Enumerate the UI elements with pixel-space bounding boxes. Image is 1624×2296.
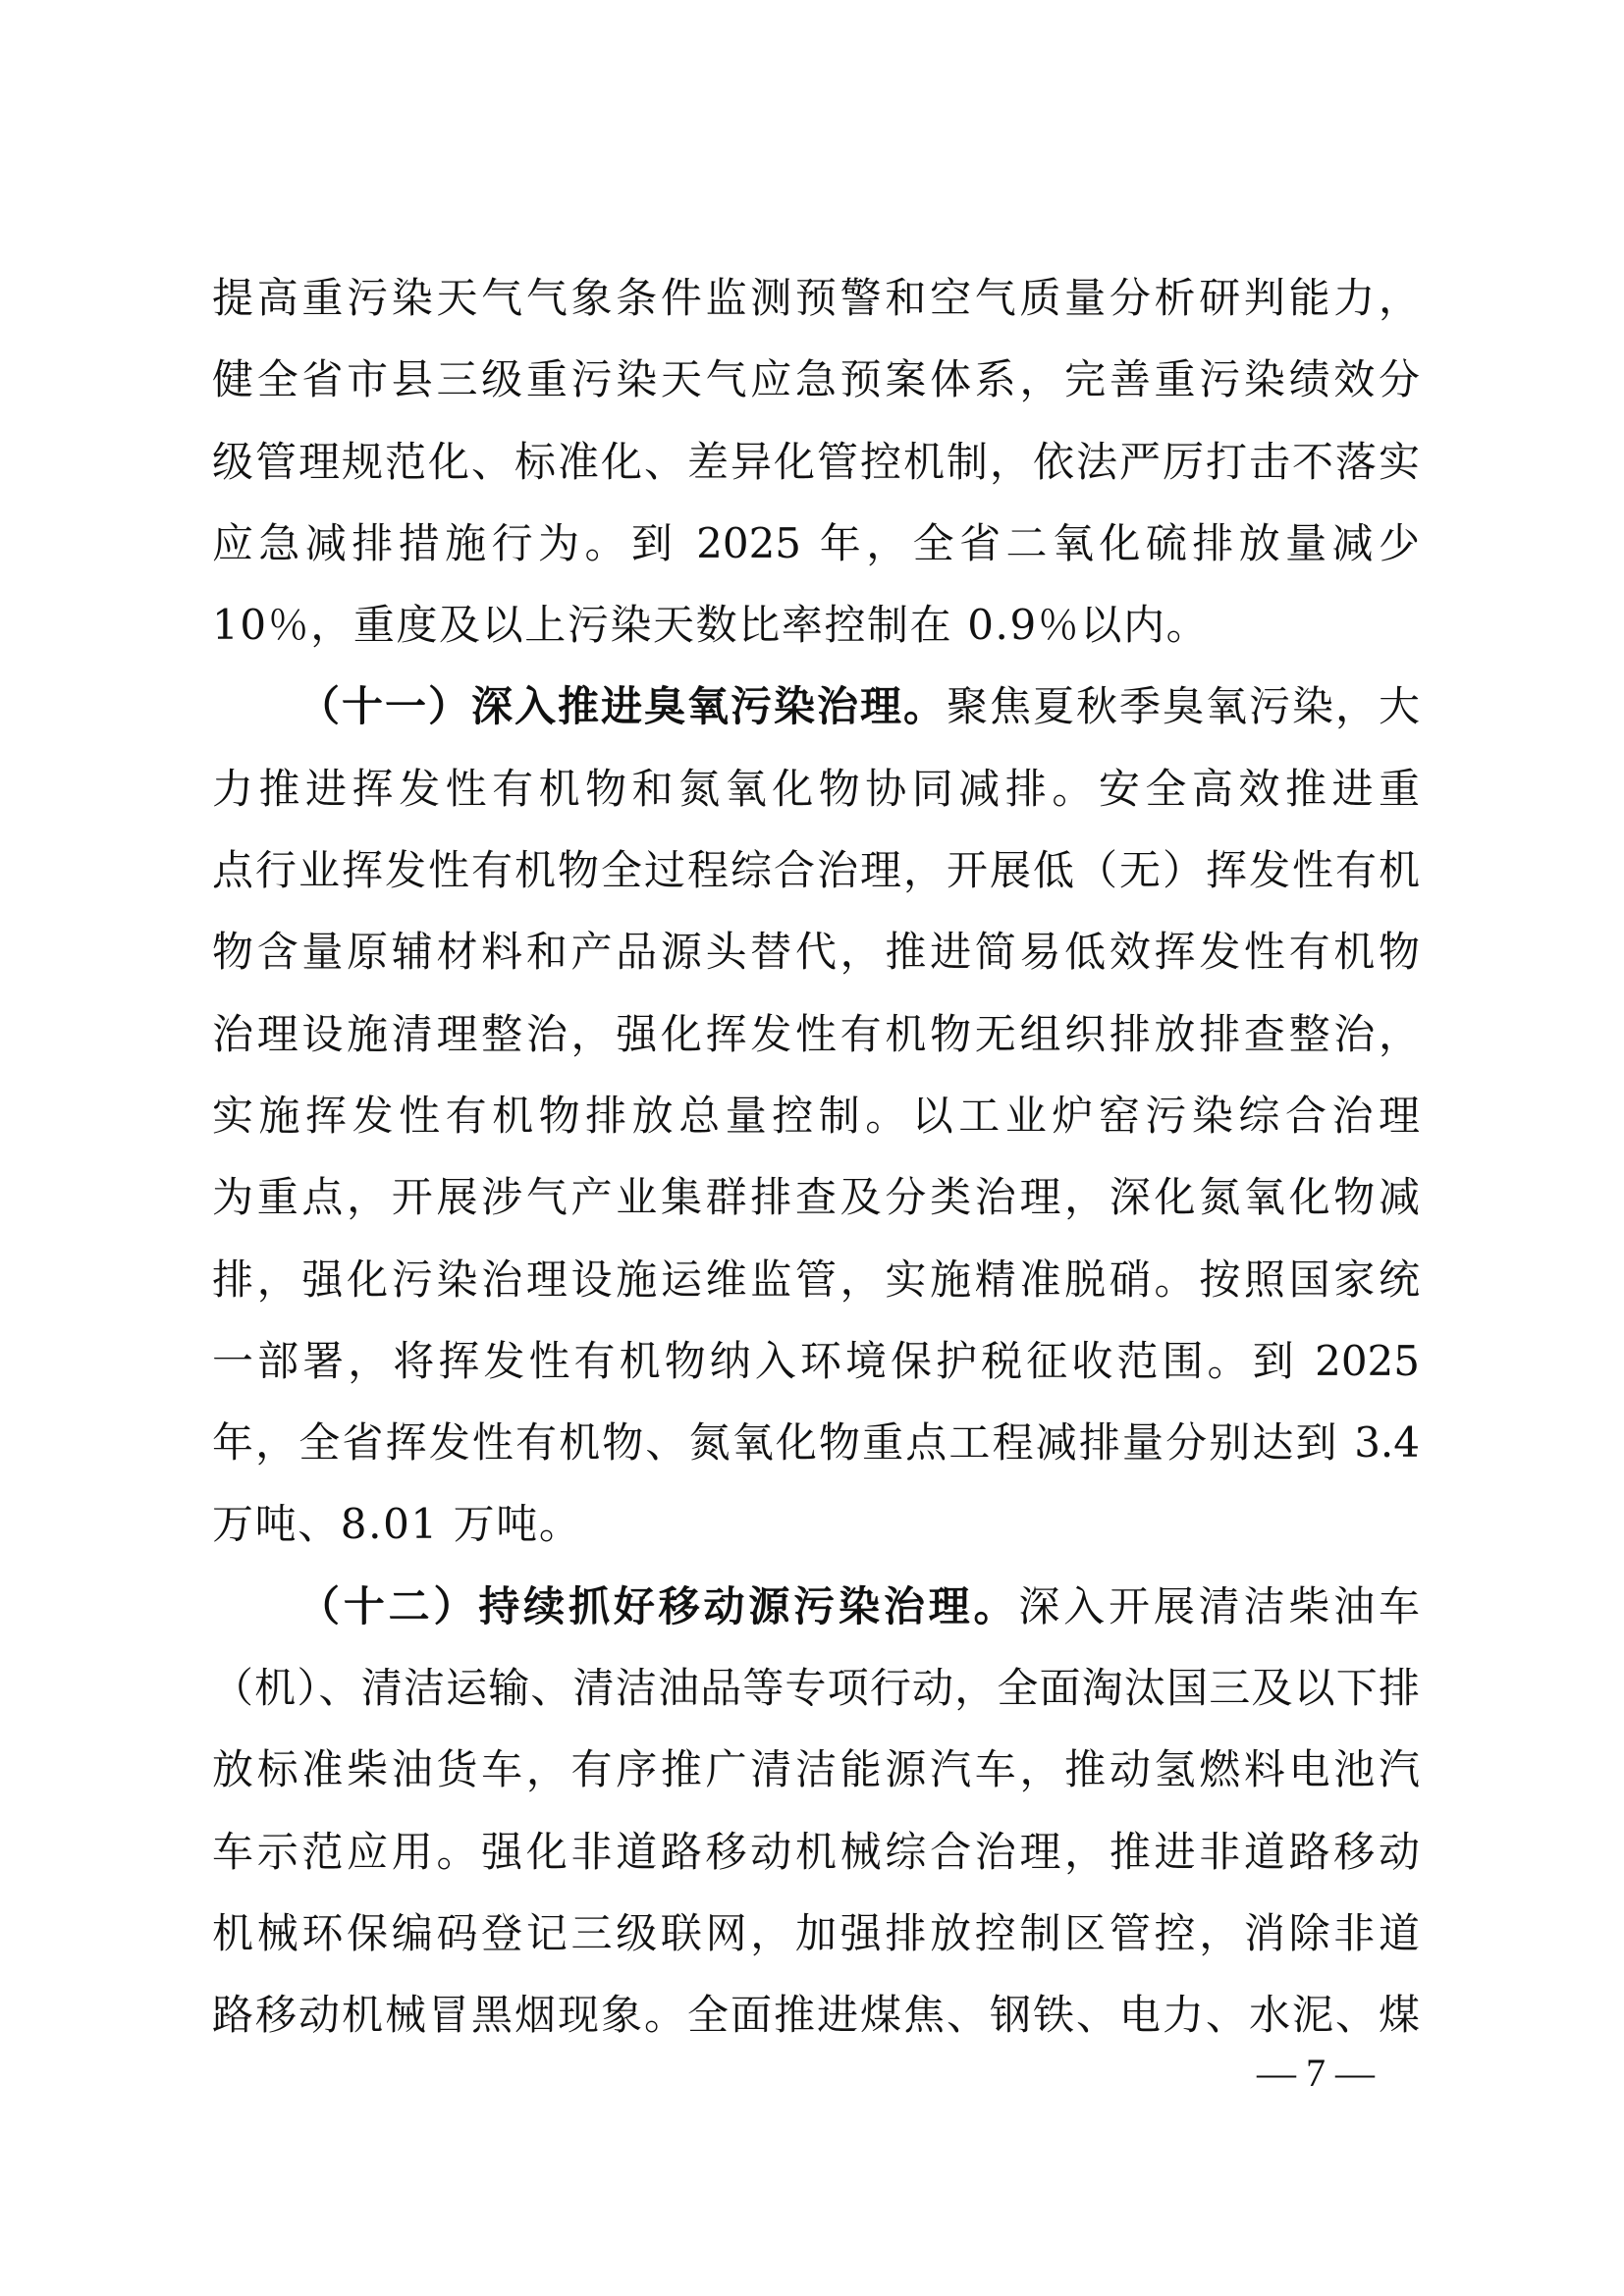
text-line: 万吨、8.01 万吨。 [212, 1493, 1420, 1575]
text-line: 车示范应用。强化非道路移动机械综合治理，推进非道路移动 [212, 1821, 1420, 1902]
text-line: 排，强化污染治理设施运维监管，实施精准脱硝。按照国家统 [212, 1249, 1420, 1330]
text-line: 机械环保编码登记三级联网，加强排放控制区管控，消除非道 [212, 1902, 1420, 1984]
text-line: （机）、清洁运输、清洁油品等专项行动，全面淘汰国三及以下排 [212, 1657, 1420, 1738]
paragraph-air-quality-targets: 提高重污染天气气象条件监测预警和空气质量分析研判能力， 健全省市县三级重污染天气… [212, 267, 1420, 675]
text-line: 为重点，开展涉气产业集群排查及分类治理，深化氮氧化物减 [212, 1166, 1420, 1248]
text-line: 10％，重度及以上污染天数比率控制在 0.9％以内。 [212, 594, 1420, 675]
body-text: 提高重污染天气气象条件监测预警和空气质量分析研判能力， 健全省市县三级重污染天气… [212, 267, 1420, 2066]
text-line: 放标准柴油货车，有序推广清洁能源汽车，推动氢燃料电池汽 [212, 1738, 1420, 1820]
text-line: 健全省市县三级重污染天气应急预案体系，完善重污染绩效分 [212, 348, 1420, 430]
section-heading-line: （十一）深入推进臭氧污染治理。聚焦夏秋季臭氧污染，大 [212, 675, 1420, 757]
text-line: 实施挥发性有机物排放总量控制。以工业炉窑污染综合治理 [212, 1085, 1420, 1166]
text-fragment: 深入开展清洁柴油车 [1018, 1582, 1420, 1630]
text-line: 一部署，将挥发性有机物纳入环境保护税征收范围。到 2025 [212, 1330, 1420, 1412]
paragraph-ozone-pollution: （十一）深入推进臭氧污染治理。聚焦夏秋季臭氧污染，大 力推进挥发性有机物和氮氧化… [212, 675, 1420, 1575]
text-line: 点行业挥发性有机物全过程综合治理，开展低（无）挥发性有机 [212, 839, 1420, 921]
section-heading-11: （十一）深入推进臭氧污染治理。 [298, 682, 947, 730]
page-number: — 7 — [1218, 2044, 1414, 2103]
text-line: 物含量原辅材料和产品源头替代，推进简易低效挥发性有机物 [212, 921, 1420, 1002]
paragraph-mobile-source-pollution: （十二）持续抓好移动源污染治理。深入开展清洁柴油车 （机）、清洁运输、清洁油品等… [212, 1575, 1420, 2066]
text-line: 提高重污染天气气象条件监测预警和空气质量分析研判能力， [212, 267, 1420, 348]
text-line: 力推进挥发性有机物和氮氧化物协同减排。安全高效推进重 [212, 758, 1420, 839]
section-heading-12: （十二）持续抓好移动源污染治理。 [298, 1582, 1018, 1630]
text-fragment: 聚焦夏秋季臭氧污染，大 [947, 682, 1420, 730]
text-line: 应急减排措施行为。到 2025 年，全省二氧化硫排放量减少 [212, 512, 1420, 594]
section-heading-line: （十二）持续抓好移动源污染治理。深入开展清洁柴油车 [212, 1575, 1420, 1657]
text-line: 治理设施清理整治，强化挥发性有机物无组织排放排查整治， [212, 1003, 1420, 1085]
text-line: 年，全省挥发性有机物、氮氧化物重点工程减排量分别达到 3.4 [212, 1412, 1420, 1493]
text-line: 级管理规范化、标准化、差异化管控机制，依法严厉打击不落实 [212, 431, 1420, 512]
document-page: 提高重污染天气气象条件监测预警和空气质量分析研判能力， 健全省市县三级重污染天气… [0, 0, 1624, 2296]
